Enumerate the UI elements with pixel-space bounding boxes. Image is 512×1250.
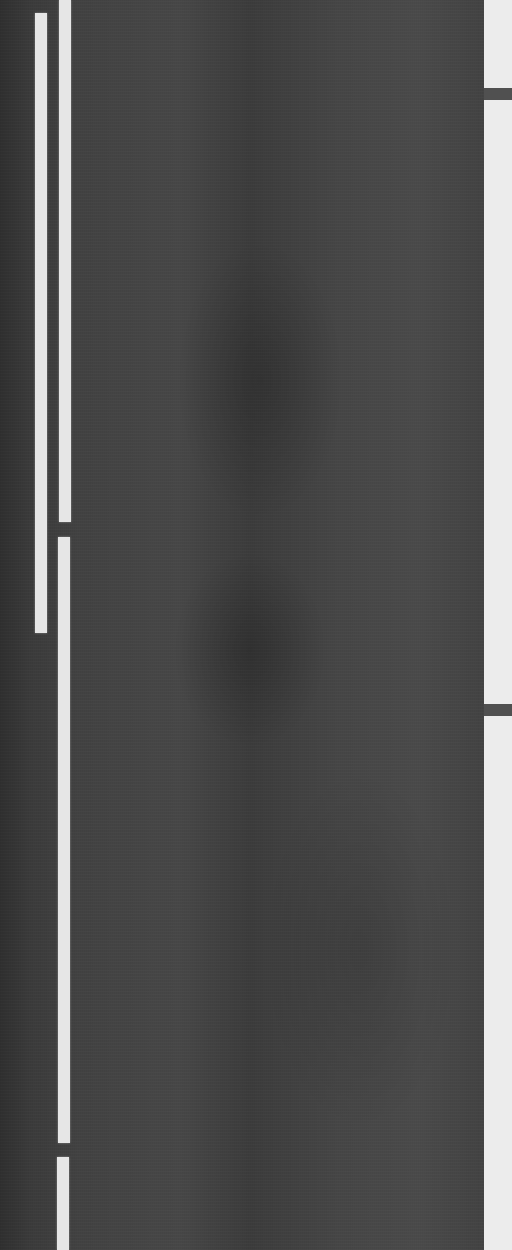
- lane-line-segment-3: [57, 1157, 69, 1250]
- edge-marking-break-2: [484, 704, 512, 716]
- asphalt-texture: [0, 0, 512, 1250]
- edge-marking-break-1: [484, 88, 512, 100]
- lane-line-segment-1: [59, 0, 71, 522]
- inner-lane-line: [35, 13, 47, 633]
- lane-line-segment-2: [58, 537, 70, 1143]
- road-edge-marking: [484, 0, 512, 1250]
- road-aerial-image: [0, 0, 512, 1250]
